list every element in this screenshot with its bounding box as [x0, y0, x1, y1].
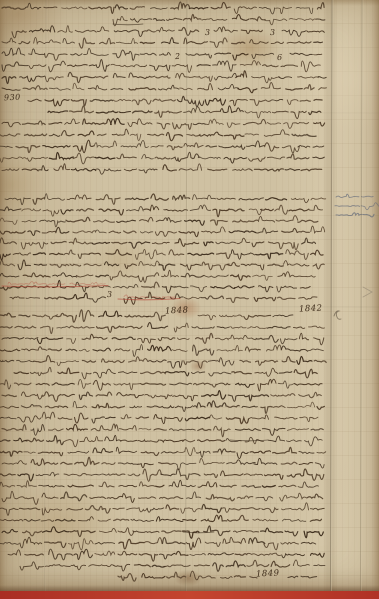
- handwriting-stroke: [39, 485, 64, 487]
- handwriting-stroke: [125, 315, 149, 317]
- handwriting-stroke: [128, 119, 152, 127]
- handwriting-stroke: [218, 84, 239, 90]
- handwriting-stroke: [216, 242, 236, 244]
- handwriting-stroke: [90, 99, 112, 101]
- handwriting-stroke: [49, 122, 62, 124]
- handwriting-stroke: [94, 369, 116, 378]
- handwriting-stroke: [266, 198, 287, 200]
- handwriting-stroke: [230, 209, 244, 211]
- handwriting-stroke: [230, 99, 247, 105]
- handwriting-stroke: [314, 42, 323, 43]
- handwriting-stroke: [96, 392, 112, 396]
- handwriting-stroke: [314, 360, 326, 362]
- handwriting-stroke: [147, 508, 163, 512]
- handwriting-stroke: [75, 30, 96, 32]
- handwriting-stroke: [167, 18, 182, 20]
- handwriting-stroke: [78, 254, 90, 259]
- handwriting-stroke: [56, 313, 77, 322]
- handwriting-stroke: [169, 429, 195, 431]
- handwriting-stroke: [89, 297, 106, 302]
- handwriting-stroke: [139, 482, 154, 487]
- handwriting-stroke: [207, 401, 226, 407]
- handwriting-stroke: [113, 73, 125, 77]
- handwriting-stroke: [156, 27, 174, 31]
- handwriting-stroke: [107, 494, 134, 503]
- handwriting-stroke: [211, 220, 228, 225]
- handwriting-stroke: [240, 360, 251, 362]
- handwriting-stroke: [29, 49, 45, 55]
- handwriting-stroke: [58, 26, 73, 32]
- handwriting-stroke: [63, 38, 75, 43]
- backdrop-red: [0, 591, 379, 599]
- handwriting-stroke: [57, 327, 70, 329]
- handwriting-stroke: [143, 469, 161, 481]
- handwriting-stroke: [129, 357, 148, 362]
- handwriting-stroke: [45, 565, 70, 567]
- handwriting-stroke: [211, 2, 230, 8]
- handwriting-stroke: [305, 437, 323, 446]
- handwriting-stroke: [299, 463, 313, 465]
- handwriting-stroke: [234, 576, 245, 577]
- handwriting-stroke: [183, 440, 195, 442]
- handwriting-stroke: [307, 494, 322, 499]
- handwriting-stroke: [282, 30, 306, 36]
- handwriting-stroke: [265, 143, 279, 151]
- handwriting-stroke: [153, 250, 165, 255]
- handwriting-stroke: [185, 417, 209, 421]
- handwriting-stroke: [254, 458, 277, 464]
- handwriting-stroke: [256, 497, 273, 501]
- handwriting-stroke: [287, 469, 312, 477]
- handwriting-stroke: [202, 19, 227, 21]
- handwriting-stroke: [173, 123, 192, 129]
- manuscript-numeral: 3: [107, 291, 113, 299]
- handwriting-stroke: [38, 452, 63, 456]
- handwriting-stroke: [89, 60, 109, 72]
- handwriting-stroke: [0, 349, 20, 351]
- handwriting-stroke: [61, 131, 74, 136]
- handwriting-stroke: [0, 260, 15, 266]
- handwriting-stroke: [201, 515, 227, 521]
- handwriting-stroke: [49, 88, 70, 90]
- handwriting-stroke: [227, 405, 239, 407]
- handwriting-stroke: [256, 335, 278, 342]
- handwriting-stroke: [160, 497, 183, 499]
- handwriting-stroke: [198, 482, 217, 488]
- handwriting-stroke: [130, 7, 144, 10]
- handwriting-stroke: [161, 452, 177, 454]
- handwriting-stroke: [132, 99, 151, 105]
- handwriting-stroke: [25, 282, 46, 285]
- handwriting-stroke: [117, 220, 136, 222]
- handwriting-stroke: [70, 264, 81, 266]
- handwriting-stroke: [121, 440, 137, 441]
- handwriting-stroke: [68, 72, 96, 82]
- handwriting-stroke: [105, 435, 121, 441]
- handwriting-stroke: [289, 209, 309, 211]
- handwriting-stroke: [0, 134, 20, 136]
- handwriting-stroke: [116, 447, 137, 453]
- handwriting-stroke: [317, 3, 324, 9]
- handwriting-stroke: [249, 538, 265, 544]
- handwriting-stroke: [281, 346, 307, 351]
- handwriting-stroke: [183, 520, 196, 521]
- handwriting-stroke: [313, 146, 324, 147]
- handwriting-stroke: [147, 406, 174, 408]
- handwriting-stroke: [56, 519, 75, 521]
- handwriting-stroke: [151, 194, 168, 200]
- handwriting-stroke: [160, 440, 183, 442]
- handwriting-stroke: [8, 282, 24, 284]
- handwriting-stroke: [220, 106, 243, 113]
- handwriting-stroke: [24, 452, 36, 453]
- handwriting-stroke: [282, 146, 299, 153]
- handwriting-stroke: [268, 264, 284, 266]
- handwriting-stroke: [49, 134, 60, 136]
- manuscript-photo: 33269303184818421849: [0, 0, 379, 599]
- handwriting-stroke: [0, 146, 12, 147]
- handwriting-stroke: [62, 7, 88, 9]
- handwriting-stroke: [20, 562, 43, 570]
- handwriting-stroke: [142, 574, 165, 579]
- handwriting-stroke: [118, 574, 136, 582]
- handwriting-stroke: [300, 100, 310, 101]
- handwriting-stroke: [75, 457, 99, 466]
- handwriting-stroke: [278, 297, 295, 299]
- handwriting-stroke: [68, 451, 89, 453]
- handwriting-stroke: [240, 61, 260, 66]
- handwriting-stroke: [231, 326, 246, 328]
- handwriting-stroke: [311, 553, 325, 557]
- handwriting-stroke: [2, 338, 24, 340]
- handwriting-stroke: [56, 227, 69, 233]
- handwriting-stroke: [84, 264, 101, 266]
- handwriting-stroke: [180, 264, 200, 270]
- handwriting-stroke: [236, 71, 247, 78]
- handwriting-stroke: [180, 88, 193, 90]
- handwriting-stroke: [29, 65, 46, 69]
- handwriting-stroke: [261, 83, 280, 89]
- manuscript-numeral: 6: [277, 54, 283, 62]
- handwriting-stroke: [2, 122, 20, 127]
- handwriting-stroke: [205, 542, 220, 546]
- handwriting-stroke: [205, 98, 225, 105]
- handwriting-stroke: [156, 517, 183, 522]
- handwriting-stroke: [311, 198, 326, 200]
- handwriting-stroke: [200, 132, 223, 136]
- handwriting-stroke: [204, 526, 230, 536]
- handwriting-stroke: [300, 417, 318, 422]
- handwriting-stroke: [314, 100, 322, 101]
- handwriting-stroke: [117, 393, 144, 398]
- handwriting-stroke: [82, 360, 95, 362]
- handwriting-stroke: [158, 85, 179, 90]
- handwriting-stroke: [115, 5, 127, 9]
- handwriting-stroke: [308, 349, 323, 351]
- handwriting-stroke: [280, 493, 307, 501]
- handwriting-stroke: [265, 19, 287, 25]
- handwriting-stroke: [142, 282, 159, 287]
- handwriting-stroke: [22, 220, 36, 222]
- handwriting-stroke: [151, 146, 163, 148]
- handwriting-stroke: [154, 415, 183, 424]
- handwriting-stroke: [315, 463, 324, 468]
- handwriting-stroke: [95, 230, 106, 233]
- handwriting-stroke: [66, 349, 77, 351]
- handwriting-stroke: [298, 76, 319, 78]
- handwriting-stroke: [138, 440, 159, 442]
- handwriting-stroke: [229, 231, 255, 233]
- handwriting-stroke: [298, 220, 318, 222]
- handwriting-stroke: [2, 88, 20, 90]
- handwriting-stroke: [0, 157, 27, 162]
- handwriting-stroke: [19, 508, 39, 510]
- handwriting-stroke: [267, 123, 280, 125]
- handwriting-stroke: [210, 38, 227, 48]
- handwriting-stroke: [26, 297, 40, 298]
- handwriting-stroke: [153, 99, 176, 101]
- handwriting-stroke: [155, 157, 170, 159]
- handwriting-stroke: [248, 327, 267, 329]
- handwriting-stroke: [313, 157, 324, 159]
- handwriting-stroke: [261, 528, 283, 533]
- handwriting-stroke: [128, 474, 140, 476]
- handwriting-stroke: [64, 440, 77, 447]
- handwriting-stroke: [113, 100, 131, 102]
- handwriting-stroke: [258, 379, 276, 391]
- handwriting-layer: [0, 0, 379, 599]
- handwriting-stroke: [293, 560, 309, 566]
- handwriting-stroke: [45, 53, 68, 60]
- handwriting-stroke: [334, 311, 341, 319]
- handwriting-stroke: [234, 530, 259, 532]
- handwriting-stroke: [136, 417, 149, 419]
- handwriting-stroke: [98, 519, 110, 521]
- handwriting-stroke: [226, 561, 245, 567]
- handwriting-stroke: [176, 469, 200, 480]
- handwriting-stroke: [220, 315, 243, 317]
- handwriting-stroke: [215, 73, 237, 80]
- handwriting-stroke: [2, 529, 17, 533]
- handwriting-stroke: [287, 42, 311, 44]
- handwriting-stroke: [43, 527, 69, 533]
- handwriting-stroke: [196, 451, 210, 457]
- handwriting-stroke: [314, 54, 322, 55]
- handwriting-stroke: [64, 250, 75, 255]
- handwriting-stroke: [253, 275, 273, 280]
- handwriting-stroke: [58, 368, 79, 374]
- handwriting-stroke: [67, 65, 87, 67]
- handwriting-stroke: [299, 452, 314, 454]
- handwriting-stroke: [300, 287, 310, 289]
- handwriting-stroke: [22, 209, 41, 211]
- handwriting-stroke: [282, 503, 309, 510]
- handwriting-stroke: [97, 134, 106, 136]
- handwriting-stroke: [219, 146, 245, 150]
- manuscript-numeral: 1849: [256, 569, 280, 579]
- handwriting-stroke: [162, 286, 175, 293]
- handwriting-stroke: [245, 134, 259, 135]
- handwriting-stroke: [140, 42, 154, 43]
- handwriting-stroke: [244, 335, 257, 339]
- handwriting-stroke: [119, 426, 136, 431]
- handwriting-stroke: [161, 38, 178, 44]
- handwriting-stroke: [67, 508, 83, 510]
- handwriting-stroke: [0, 238, 16, 244]
- handwriting-stroke: [57, 361, 79, 366]
- handwriting-stroke: [91, 424, 118, 431]
- manuscript-numeral: 930: [4, 94, 21, 103]
- handwriting-stroke: [287, 440, 302, 442]
- handwriting-stroke: [264, 130, 289, 137]
- handwriting-stroke: [42, 231, 56, 233]
- handwriting-stroke: [297, 356, 312, 364]
- handwriting-stroke: [31, 424, 45, 435]
- handwriting-stroke: [262, 428, 285, 435]
- handwriting-stroke: [93, 348, 111, 351]
- handwriting-stroke: [54, 164, 70, 171]
- handwriting-stroke: [168, 361, 183, 368]
- handwriting-stroke: [312, 474, 324, 480]
- handwriting-stroke: [0, 313, 15, 317]
- handwriting-stroke: [45, 406, 58, 408]
- handwriting-stroke: [228, 395, 244, 401]
- handwriting-stroke: [302, 238, 316, 244]
- handwriting-stroke: [154, 19, 165, 21]
- handwriting-stroke: [250, 100, 271, 106]
- handwriting-stroke: [244, 474, 263, 476]
- handwriting-stroke: [30, 367, 51, 375]
- handwriting-stroke: [304, 531, 323, 537]
- handwriting-stroke: [287, 402, 314, 408]
- handwriting-stroke: [276, 216, 298, 222]
- handwriting-stroke: [75, 413, 89, 423]
- handwriting-stroke: [313, 264, 324, 269]
- handwriting-stroke: [299, 333, 308, 340]
- handwriting-stroke: [181, 508, 201, 513]
- handwriting-stroke: [206, 146, 217, 147]
- handwriting-stroke: [96, 195, 120, 205]
- handwriting-stroke: [17, 360, 34, 362]
- handwriting-stroke: [215, 53, 231, 54]
- handwriting-stroke: [97, 76, 108, 78]
- handwriting-stroke: [233, 220, 258, 222]
- handwriting-stroke: [25, 3, 41, 9]
- handwriting-stroke: [268, 242, 283, 249]
- handwriting-stroke: [21, 404, 41, 407]
- handwriting-stroke: [145, 395, 156, 398]
- handwriting-stroke: [156, 218, 181, 223]
- handwriting-stroke: [282, 519, 306, 521]
- handwriting-stroke: [95, 157, 115, 159]
- handwriting-stroke: [33, 253, 45, 255]
- handwriting-stroke: [17, 481, 36, 487]
- handwriting-stroke: [97, 326, 124, 332]
- handwriting-stroke: [198, 83, 213, 89]
- handwriting-stroke: [68, 485, 93, 487]
- handwriting-stroke: [243, 119, 266, 124]
- handwriting-stroke: [138, 464, 153, 468]
- handwriting-stroke: [125, 326, 142, 328]
- handwriting-stroke: [273, 447, 297, 453]
- handwriting-stroke: [208, 358, 234, 366]
- handwriting-stroke: [213, 563, 224, 571]
- handwriting-stroke: [114, 30, 142, 37]
- handwriting-stroke: [190, 76, 213, 81]
- handwriting-stroke: [147, 312, 166, 321]
- handwriting-stroke: [141, 371, 166, 373]
- handwriting-stroke: [89, 253, 100, 255]
- handwriting-stroke: [361, 203, 378, 210]
- handwriting-stroke: [121, 140, 148, 147]
- handwriting-stroke: [255, 368, 278, 376]
- handwriting-stroke: [45, 297, 66, 299]
- handwriting-stroke: [47, 284, 65, 286]
- handwriting-stroke: [48, 349, 61, 351]
- handwriting-stroke: [284, 261, 309, 266]
- handwriting-stroke: [112, 129, 128, 135]
- handwriting-stroke: [113, 284, 138, 288]
- handwriting-stroke: [279, 77, 292, 79]
- handwriting-stroke: [106, 250, 132, 256]
- handwriting-stroke: [249, 157, 266, 161]
- handwriting-stroke: [62, 394, 75, 396]
- handwriting-stroke: [252, 76, 281, 82]
- handwriting-stroke: [92, 242, 110, 244]
- handwriting-stroke: [41, 520, 54, 522]
- handwriting-stroke: [118, 299, 180, 300]
- handwriting-stroke: [49, 152, 73, 159]
- handwriting-stroke: [208, 169, 227, 170]
- handwriting-stroke: [90, 497, 106, 499]
- handwriting-stroke: [133, 531, 159, 533]
- handwriting-stroke: [209, 372, 231, 376]
- handwriting-stroke: [163, 165, 177, 171]
- handwriting-stroke: [162, 531, 181, 533]
- handwriting-stroke: [79, 349, 89, 351]
- handwriting-stroke: [0, 218, 17, 224]
- handwriting-stroke: [227, 123, 240, 128]
- handwriting-stroke: [297, 231, 309, 232]
- handwriting-stroke: [140, 217, 153, 221]
- handwriting-stroke: [319, 88, 327, 90]
- handwriting-stroke: [142, 30, 155, 32]
- handwriting-stroke: [217, 198, 235, 199]
- handwriting-stroke: [228, 515, 249, 521]
- handwriting-stroke: [193, 345, 214, 355]
- handwriting-stroke: [110, 271, 138, 280]
- handwriting-stroke: [271, 561, 290, 567]
- handwriting-stroke: [133, 344, 143, 356]
- handwriting-stroke: [177, 96, 204, 106]
- handwriting-stroke: [50, 253, 63, 254]
- handwriting-stroke: [181, 273, 203, 277]
- handwriting-stroke: [161, 474, 175, 476]
- handwriting-stroke: [18, 260, 30, 270]
- handwriting-stroke: [151, 8, 168, 10]
- handwriting-stroke: [241, 30, 262, 33]
- handwriting-stroke: [314, 565, 325, 566]
- handwriting-stroke: [242, 486, 261, 488]
- handwriting-stroke: [249, 415, 269, 419]
- handwriting-stroke: [82, 373, 91, 379]
- handwriting-stroke: [206, 494, 234, 500]
- handwriting-stroke: [73, 153, 95, 164]
- handwriting-stroke: [363, 287, 372, 297]
- handwriting-stroke: [102, 359, 125, 363]
- handwriting-stroke: [245, 111, 271, 118]
- handwriting-stroke: [288, 576, 298, 578]
